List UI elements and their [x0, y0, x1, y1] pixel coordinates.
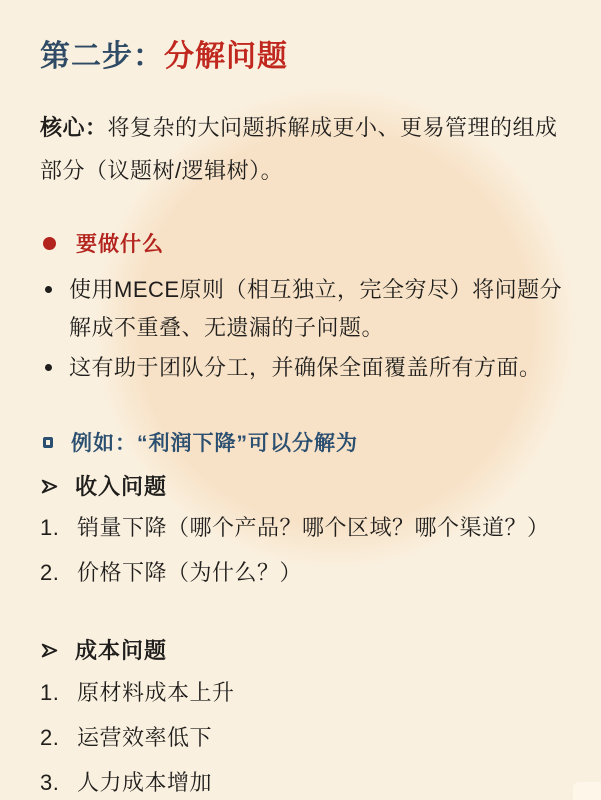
arrow-bullet-icon: [41, 642, 58, 659]
numbered-item: 3. 人力成本增加: [40, 768, 573, 798]
numbered-item: 2. 价格下降（为什么？）: [40, 558, 573, 588]
group-heading-label: 成本问题: [75, 634, 167, 665]
item-text: 销量下降（哪个产品？哪个区域？哪个渠道？）: [77, 513, 550, 543]
item-number: 2.: [40, 723, 77, 753]
arrow-bullet-icon: [41, 478, 58, 495]
bullet-text: 这有助于团队分工，并确保全面覆盖所有方面。: [69, 349, 542, 387]
title-topic-text: 分解问题: [164, 40, 288, 73]
content-area: 第二步：分解问题 核心：将复杂的大问题拆解成更小、更易管理的组成部分（议题树/逻…: [0, 0, 601, 800]
list-item: 使用MECE原则（相互独立，完全穷尽）将问题分解成不重叠、无遗漏的子问题。: [40, 271, 573, 347]
item-text: 价格下降（为什么？）: [77, 558, 302, 588]
page-title: 第二步：分解问题: [40, 40, 573, 74]
item-text: 原材料成本上升: [77, 678, 235, 708]
bullet-text: 使用MECE原则（相互独立，完全穷尽）将问题分解成不重叠、无遗漏的子问题。: [69, 271, 573, 347]
item-text: 人力成本增加: [77, 768, 212, 798]
example-heading-label: 例如：“利润下降”可以分解为: [71, 427, 358, 457]
infographic-card: 第二步：分解问题 核心：将复杂的大问题拆解成更小、更易管理的组成部分（议题树/逻…: [0, 0, 601, 800]
bullet-point-icon: [45, 286, 52, 293]
core-text: 将复杂的大问题拆解成更小、更易管理的组成部分（议题树/逻辑树）。: [40, 115, 558, 183]
item-number: 1.: [40, 678, 77, 708]
revenue-group-heading: 收入问题: [40, 470, 573, 501]
red-dot-bullet-icon: [43, 237, 56, 250]
square-bullet-icon: [43, 437, 53, 448]
numbered-item: 1. 原材料成本上升: [40, 678, 573, 708]
title-step-text: 第二步：: [40, 40, 164, 73]
item-number: 2.: [40, 558, 77, 588]
item-text: 运营效率低下: [77, 723, 212, 753]
what-to-do-heading-label: 要做什么: [76, 228, 164, 258]
numbered-item: 2. 运营效率低下: [40, 723, 573, 753]
what-to-do-list: 使用MECE原则（相互独立，完全穷尽）将问题分解成不重叠、无遗漏的子问题。 这有…: [40, 271, 573, 387]
group-heading-label: 收入问题: [75, 470, 167, 501]
cost-group-heading: 成本问题: [40, 634, 573, 665]
item-number: 1.: [40, 513, 77, 543]
numbered-item: 1. 销量下降（哪个产品？哪个区域？哪个渠道？）: [40, 513, 573, 543]
cost-items: 1. 原材料成本上升 2. 运营效率低下 3. 人力成本增加: [40, 678, 573, 798]
core-summary: 核心：将复杂的大问题拆解成更小、更易管理的组成部分（议题树/逻辑树）。: [40, 106, 573, 192]
list-item: 这有助于团队分工，并确保全面覆盖所有方面。: [40, 349, 573, 387]
what-to-do-heading: 要做什么: [40, 228, 573, 258]
bullet-point-icon: [45, 364, 52, 371]
core-label: 核心：: [40, 115, 108, 140]
revenue-items: 1. 销量下降（哪个产品？哪个区域？哪个渠道？） 2. 价格下降（为什么？）: [40, 513, 573, 588]
example-heading: 例如：“利润下降”可以分解为: [40, 427, 573, 457]
item-number: 3.: [40, 768, 77, 798]
